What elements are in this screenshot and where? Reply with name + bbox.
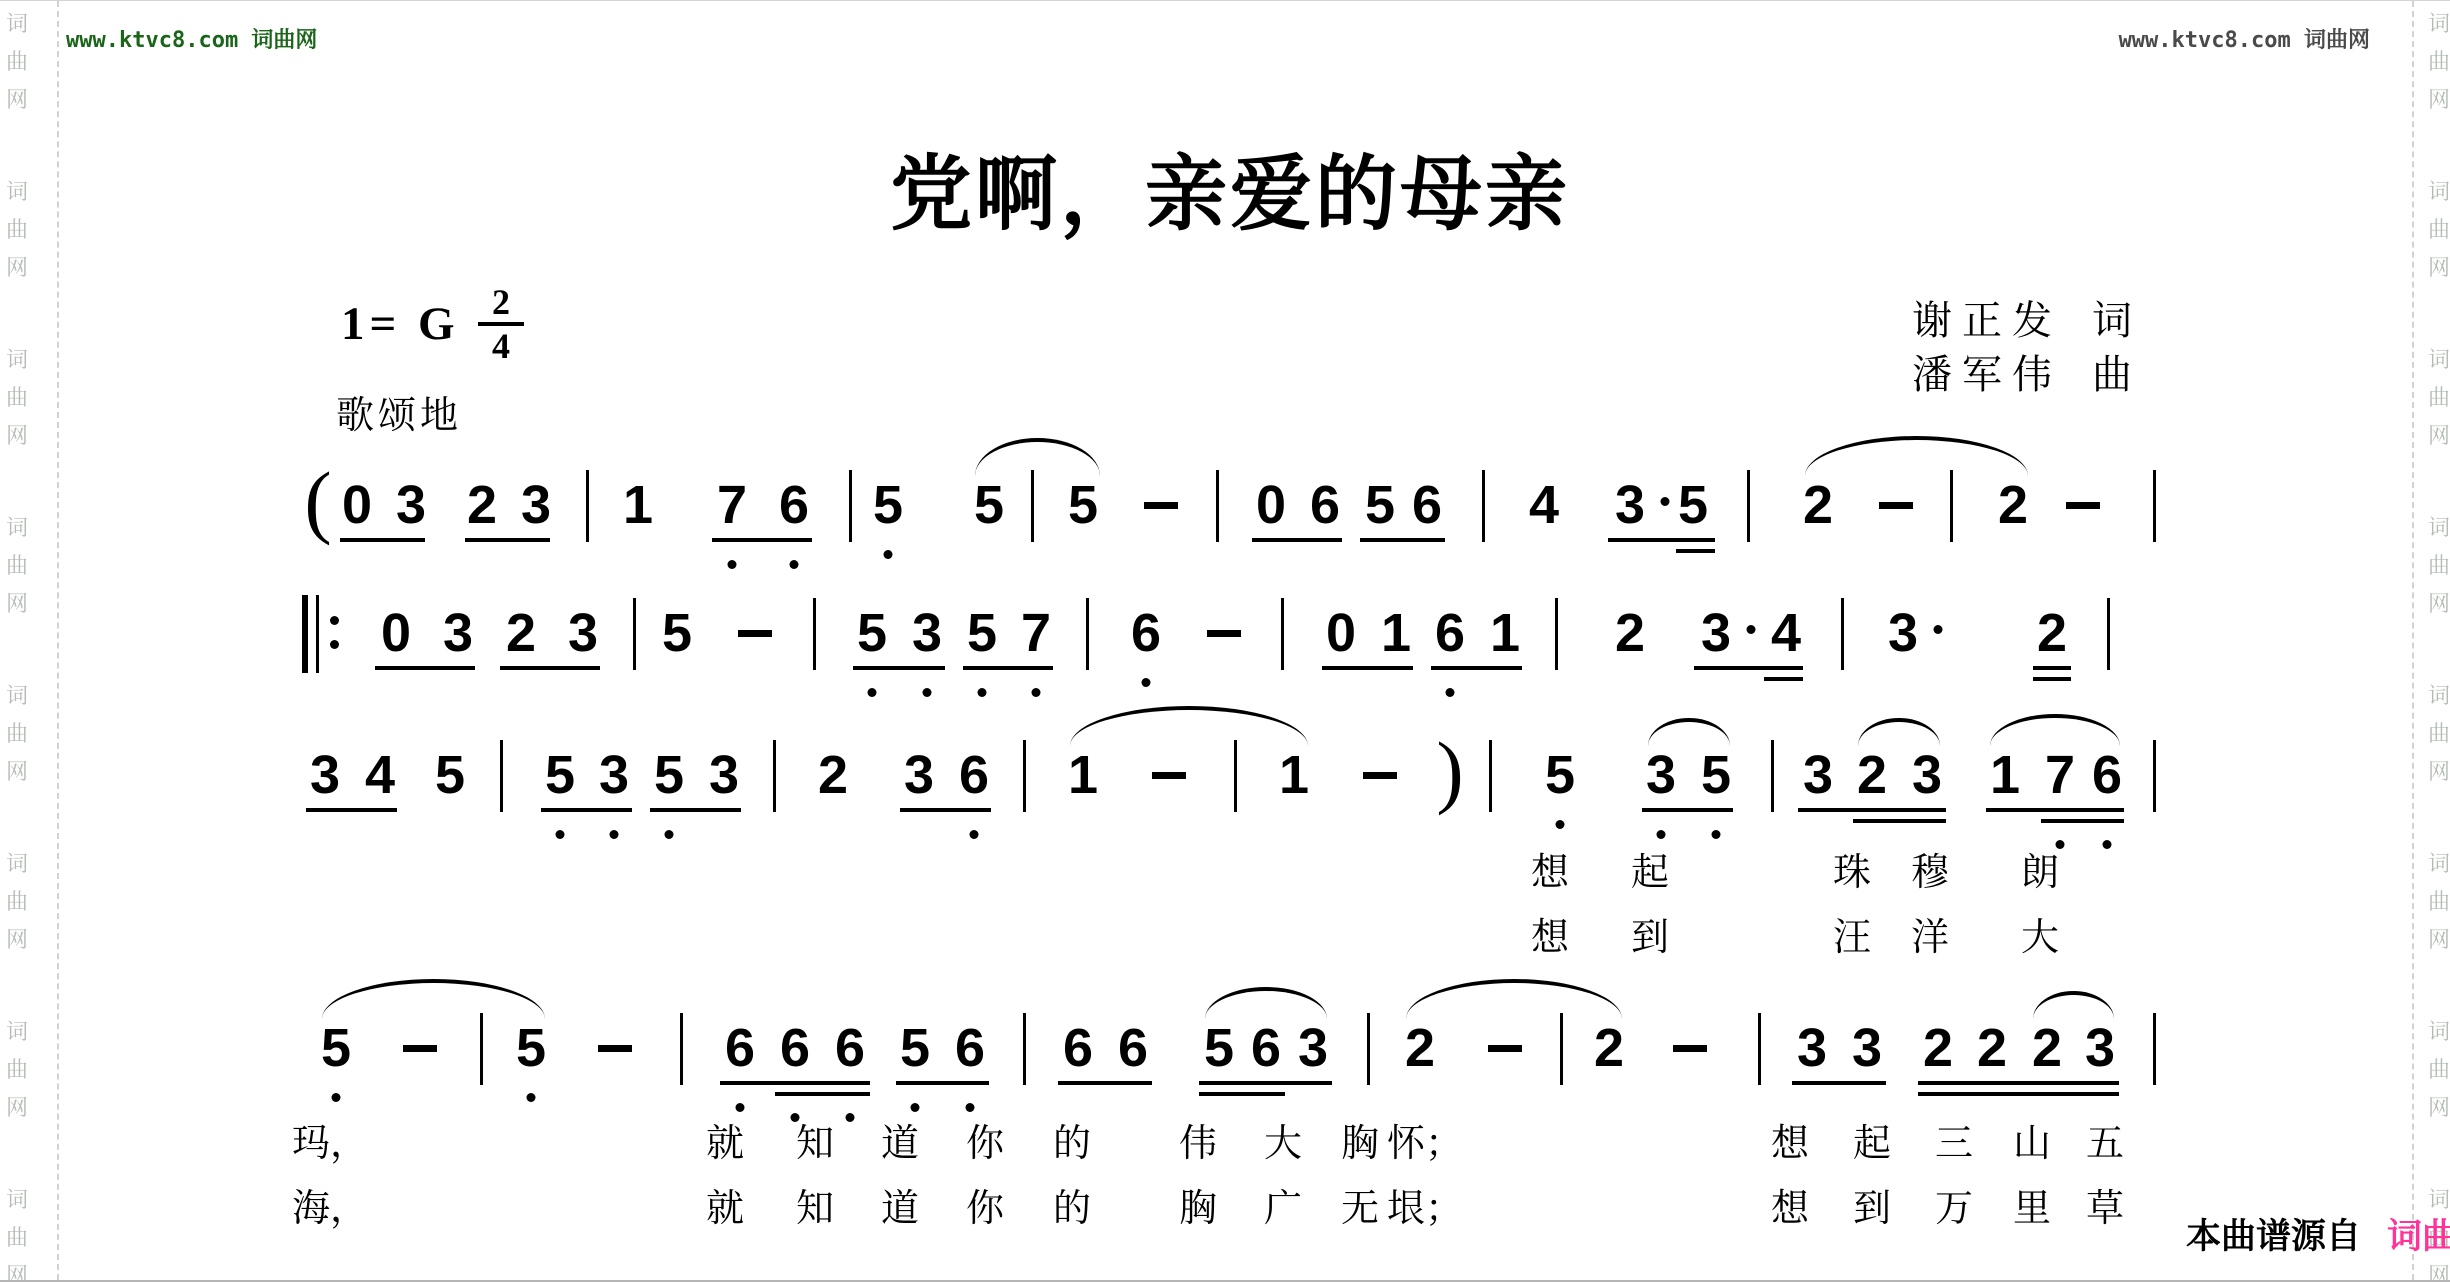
repeat-barline (302, 595, 308, 673)
edge-watermark-char: 网 (2424, 419, 2450, 450)
note-digit: 3 (1912, 748, 1942, 802)
site-watermark-top-right: www.ktvc8.com 词曲网 (2119, 23, 2370, 54)
lyric-char: 你 (966, 1177, 1004, 1232)
duration-dash (1144, 502, 1178, 509)
edge-watermark-char: 曲 (2, 381, 32, 412)
lyric-char: 道 (881, 1112, 919, 1167)
note-digit: 7 (2045, 748, 2075, 802)
left-dashed-line (57, 1, 59, 1280)
edge-watermark-char: 词 (2424, 847, 2450, 878)
low-octave-dot (556, 830, 565, 839)
note-digit: 2 (1977, 1021, 2007, 1075)
duration-dash (738, 630, 772, 637)
beam-underline (650, 808, 741, 812)
sheet-music-page: 词曲网词曲网词曲网词曲网词曲网词曲网词曲网词曲网 词曲网词曲网词曲网词曲网词曲网… (0, 0, 2450, 1282)
low-octave-dot (2103, 840, 2112, 849)
note-digit: 2 (467, 478, 497, 532)
barline (1023, 740, 1026, 812)
note-digit: 3 (521, 478, 551, 532)
note-digit: 2 (1803, 478, 1833, 532)
lyric-char: 想 (1771, 1112, 1809, 1167)
beam-underline (2033, 677, 2071, 681)
bottom-credit-prefix: 本曲谱源自 (2186, 1217, 2361, 1256)
beam-underline (1798, 808, 1946, 812)
song-title: 党啊，亲爱的母亲 (890, 129, 1570, 246)
note-digit: 3 (1803, 748, 1833, 802)
edge-watermark-char: 词 (2, 511, 32, 542)
note-digit: 6 (1412, 478, 1442, 532)
note-digit: 5 (1678, 478, 1708, 532)
edge-watermark-char: 曲 (2, 885, 32, 916)
low-octave-dot (884, 550, 893, 559)
edge-watermark-char: 词 (2, 1015, 32, 1046)
note-digit: 2 (1405, 1021, 1435, 1075)
low-octave-dot (665, 830, 674, 839)
note-digit: 6 (835, 1021, 865, 1075)
low-octave-dot (923, 688, 932, 697)
key-signature: 1= G (341, 297, 460, 351)
note-digit: 2 (1857, 748, 1887, 802)
note-digit: 5 (857, 606, 887, 660)
barline (1758, 1013, 1761, 1085)
time-signature: 2 4 (478, 284, 524, 364)
edge-watermark-char: 词 (2424, 511, 2450, 542)
slur-tie-arc (1205, 987, 1327, 1019)
beam-underline (465, 538, 550, 542)
barline (849, 470, 852, 542)
slur-tie-arc (1990, 714, 2120, 746)
barline (1560, 1013, 1563, 1085)
beam-underline (1608, 538, 1715, 542)
note-digit: 3 (2085, 1021, 2115, 1075)
lyricist-name: 谢正发 (1912, 289, 2062, 346)
duration-dash (1673, 1045, 1707, 1052)
edge-watermark-char: 网 (2, 755, 32, 786)
lyric-char: 大 (1264, 1112, 1302, 1167)
edge-watermark-char: 网 (2, 419, 32, 450)
left-edge-watermark-column: 词曲网词曲网词曲网词曲网词曲网词曲网词曲网词曲网 (2, 1, 32, 1280)
note-digit: 0 (1326, 606, 1356, 660)
low-octave-dot (728, 560, 737, 569)
low-octave-dot (978, 688, 987, 697)
note-digit: 6 (725, 1021, 755, 1075)
barline (2107, 598, 2110, 670)
note-digit: 0 (342, 478, 372, 532)
lyric-char: 的 (1053, 1177, 1091, 1232)
barline (1771, 740, 1774, 812)
note-digit: 2 (818, 748, 848, 802)
time-signature-numerator: 2 (478, 284, 524, 320)
note-digit: 5 (1068, 478, 1098, 532)
note-digit: 5 (435, 748, 465, 802)
note-digit: 4 (365, 748, 395, 802)
lyric-char: 广 (1264, 1177, 1302, 1232)
edge-watermark-char: 曲 (2424, 1053, 2450, 1084)
beam-underline (1252, 538, 1342, 542)
low-octave-dot (736, 1103, 745, 1112)
barline (1234, 740, 1237, 812)
beam-underline (1431, 666, 1522, 670)
note-digit: 0 (1256, 478, 1286, 532)
low-octave-dot (1142, 678, 1151, 687)
edge-watermark-char: 词 (2424, 175, 2450, 206)
slur-tie-arc (2033, 991, 2114, 1019)
lyric-char: 穆 (1911, 841, 1949, 896)
barline (1086, 598, 1089, 670)
bottom-credit: 本曲谱源自词曲网 (2186, 1209, 2450, 1259)
edge-watermark-char: 词 (2424, 7, 2450, 38)
barline (680, 1013, 683, 1085)
barline (773, 740, 776, 812)
note-digit: 5 (654, 748, 684, 802)
beam-underline (712, 538, 812, 542)
lyric-char: 到 (1853, 1177, 1891, 1232)
low-octave-dot (970, 830, 979, 839)
edge-watermark-char: 网 (2, 587, 32, 618)
beam-underline (1642, 808, 1733, 812)
beam-underline (2033, 666, 2071, 670)
barline (1482, 470, 1485, 542)
slur-tie-arc (1858, 718, 1940, 746)
note-digit: 1 (1490, 606, 1520, 660)
lyric-char: 起 (1853, 1112, 1891, 1167)
note-digit: 5 (662, 606, 692, 660)
lyric-char: 知 (796, 1112, 834, 1167)
edge-watermark-char: 网 (2, 1091, 32, 1122)
repeat-dot (330, 640, 339, 649)
note-digit: 6 (1063, 1021, 1093, 1075)
lyric-char: 朗 (2021, 841, 2059, 896)
low-octave-dot (527, 1093, 536, 1102)
parenthesis: ) (1436, 730, 1463, 812)
barline (633, 598, 636, 670)
lyric-char: 胸 (1341, 1112, 1379, 1167)
note-digit: 1 (1068, 748, 1098, 802)
low-octave-dot (1032, 688, 1041, 697)
low-octave-dot (1657, 830, 1666, 839)
barline (1216, 470, 1219, 542)
beam-underline (1676, 549, 1715, 553)
note-digit: 3 (1646, 748, 1676, 802)
dot-after-note (1747, 625, 1756, 634)
low-octave-dot (1712, 830, 1721, 839)
note-digit: 6 (1251, 1021, 1281, 1075)
barline (586, 470, 589, 542)
edge-watermark-char: 词 (2424, 343, 2450, 374)
edge-watermark-char: 网 (2424, 83, 2450, 114)
beam-underline (775, 1092, 870, 1096)
slur-tie-arc (975, 438, 1100, 476)
lyric-char: 珠 (1833, 841, 1871, 896)
note-digit: 2 (1615, 606, 1645, 660)
note-digit: 5 (873, 478, 903, 532)
edge-watermark-char: 词 (2, 343, 32, 374)
edge-watermark-char: 网 (2424, 755, 2450, 786)
note-digit: 1 (1279, 748, 1309, 802)
beam-underline (1764, 677, 1803, 681)
duration-dash (1207, 630, 1241, 637)
lyric-char: 五 (2086, 1112, 2124, 1167)
note-digit: 1 (623, 478, 653, 532)
lyric-char: 万 (1935, 1177, 1973, 1232)
note-digit: 4 (1771, 606, 1801, 660)
edge-watermark-char: 网 (2424, 251, 2450, 282)
note-digit: 6 (2092, 748, 2122, 802)
note-digit: 1 (1990, 748, 2020, 802)
edge-watermark-char: 曲 (2, 717, 32, 748)
low-octave-dot (1556, 820, 1565, 829)
lyric-char: 就 (706, 1112, 744, 1167)
time-signature-denominator: 4 (478, 328, 524, 364)
note-digit: 6 (1310, 478, 1340, 532)
lyric-char: 的 (1053, 1112, 1091, 1167)
note-digit: 3 (396, 478, 426, 532)
right-dashed-line (2412, 1, 2414, 1280)
barline (500, 740, 503, 812)
edge-watermark-char: 曲 (2, 213, 32, 244)
edge-watermark-char: 词 (2, 679, 32, 710)
duration-dash (1488, 1045, 1522, 1052)
site-watermark-top-left: www.ktvc8.com 词曲网 (66, 23, 317, 54)
note-digit: 3 (310, 748, 340, 802)
repeat-barline (316, 595, 319, 673)
low-octave-dot (966, 1103, 975, 1112)
duration-dash (2066, 502, 2100, 509)
note-digit: 3 (904, 748, 934, 802)
low-octave-dot (868, 688, 877, 697)
note-digit: 5 (545, 748, 575, 802)
beam-underline (500, 666, 600, 670)
edge-watermark-char: 网 (2424, 587, 2450, 618)
note-digit: 3 (443, 606, 473, 660)
lyric-char: 起 (1631, 841, 1669, 896)
note-digit: 3 (1701, 606, 1731, 660)
lyric-char: 无 (1341, 1177, 1379, 1232)
beam-underline (1322, 666, 1413, 670)
note-digit: 6 (1131, 606, 1161, 660)
lyric-char: 洋 (1911, 906, 1949, 961)
barline (1031, 470, 1034, 542)
lyric-char: 到 (1631, 906, 1669, 961)
edge-watermark-char: 网 (2, 251, 32, 282)
note-digit: 5 (1701, 748, 1731, 802)
lyric-char: 你 (966, 1112, 1004, 1167)
slur-tie-arc (1070, 706, 1308, 746)
duration-dash (1363, 772, 1397, 779)
note-digit: 3 (709, 748, 739, 802)
lyric-char: 垠； (1387, 1177, 1463, 1232)
note-digit: 5 (1365, 478, 1395, 532)
low-octave-dot (1446, 688, 1455, 697)
edge-watermark-char: 曲 (2424, 549, 2450, 580)
composer-role: 曲 (2092, 343, 2142, 400)
barline (813, 598, 816, 670)
edge-watermark-char: 网 (2424, 1091, 2450, 1122)
note-digit: 6 (955, 1021, 985, 1075)
edge-watermark-char: 曲 (2424, 213, 2450, 244)
lyric-char: 海， (292, 1177, 368, 1232)
lyric-char: 想 (1531, 841, 1569, 896)
note-digit: 3 (912, 606, 942, 660)
beam-underline (720, 1081, 870, 1085)
note-digit: 7 (1021, 606, 1051, 660)
beam-underline (306, 808, 397, 812)
lyric-char: 三 (1935, 1112, 1973, 1167)
edge-watermark-char: 曲 (2424, 717, 2450, 748)
beam-underline (1792, 1081, 1886, 1085)
composer-name: 潘军伟 (1912, 343, 2062, 400)
lyric-char: 伟 (1179, 1112, 1217, 1167)
duration-dash (1152, 772, 1186, 779)
barline (2153, 470, 2156, 542)
edge-watermark-char: 网 (2, 83, 32, 114)
slur-tie-arc (1406, 979, 1622, 1019)
duration-dash (598, 1045, 632, 1052)
barline (1367, 1013, 1370, 1085)
barline (1281, 598, 1284, 670)
lyric-char: 怀； (1387, 1112, 1463, 1167)
duration-dash (403, 1045, 437, 1052)
low-octave-dot (911, 1103, 920, 1112)
lyric-char: 玛， (292, 1112, 368, 1167)
beam-underline (1199, 1081, 1332, 1085)
edge-watermark-char: 曲 (2, 549, 32, 580)
barline (1841, 598, 1844, 670)
beam-underline (340, 538, 425, 542)
barline (1023, 1013, 1026, 1085)
note-digit: 6 (779, 478, 809, 532)
edge-watermark-char: 词 (2424, 679, 2450, 710)
note-digit: 3 (1298, 1021, 1328, 1075)
barline (2153, 1013, 2156, 1085)
note-digit: 3 (1797, 1021, 1827, 1075)
low-octave-dot (790, 560, 799, 569)
note-digit: 2 (1998, 478, 2028, 532)
beam-underline (1918, 1092, 2119, 1096)
dot-after-note (1661, 497, 1670, 506)
note-digit: 0 (381, 606, 411, 660)
note-digit: 2 (1594, 1021, 1624, 1075)
slur-tie-arc (322, 979, 545, 1019)
beam-underline (1986, 808, 2124, 812)
note-digit: 6 (1435, 606, 1465, 660)
edge-watermark-char: 曲 (2424, 381, 2450, 412)
beam-underline (1199, 1092, 1285, 1096)
edge-watermark-char: 网 (2, 923, 32, 954)
note-digit: 7 (717, 478, 747, 532)
note-digit: 3 (1615, 478, 1645, 532)
beam-underline (853, 666, 945, 670)
lyric-char: 草 (2086, 1177, 2124, 1232)
note-digit: 4 (1529, 478, 1559, 532)
duration-dash (1879, 502, 1913, 509)
edge-watermark-char: 词 (2, 847, 32, 878)
note-digit: 2 (2032, 1021, 2062, 1075)
slur-tie-arc (1805, 436, 2028, 476)
note-digit: 1 (1381, 606, 1411, 660)
note-digit: 5 (1204, 1021, 1234, 1075)
lyricist-role: 词 (2092, 289, 2142, 346)
note-digit: 5 (967, 606, 997, 660)
dot-after-note (1934, 625, 1943, 634)
edge-watermark-char: 曲 (2, 1053, 32, 1084)
note-digit: 3 (1888, 606, 1918, 660)
edge-watermark-char: 词 (2, 175, 32, 206)
note-digit: 2 (2037, 606, 2067, 660)
note-digit: 3 (568, 606, 598, 660)
lyric-char: 里 (2013, 1177, 2051, 1232)
note-digit: 6 (1118, 1021, 1148, 1075)
note-digit: 3 (599, 748, 629, 802)
beam-underline (2041, 819, 2124, 823)
edge-watermark-char: 曲 (2, 45, 32, 76)
beam-underline (1694, 666, 1803, 670)
beam-underline (896, 1081, 989, 1085)
edge-watermark-char: 词 (2, 1183, 32, 1214)
note-digit: 5 (516, 1021, 546, 1075)
beam-underline (1853, 819, 1946, 823)
bottom-credit-brand: 词曲网 (2387, 1217, 2450, 1256)
slur-tie-arc (1648, 718, 1730, 746)
repeat-dot (330, 616, 339, 625)
lyric-char: 想 (1771, 1177, 1809, 1232)
beam-underline (541, 808, 632, 812)
beam-underline (900, 808, 991, 812)
edge-watermark-char: 曲 (2424, 45, 2450, 76)
edge-watermark-char: 曲 (2, 1221, 32, 1252)
barline (480, 1013, 483, 1085)
note-digit: 6 (959, 748, 989, 802)
beam-underline (1058, 1081, 1152, 1085)
lyric-char: 大 (2021, 906, 2059, 961)
beam-underline (375, 666, 475, 670)
edge-watermark-char: 词 (2424, 1015, 2450, 1046)
lyric-char: 汪 (1833, 906, 1871, 961)
parenthesis: ( (304, 460, 331, 542)
lyric-char: 道 (881, 1177, 919, 1232)
note-digit: 2 (506, 606, 536, 660)
right-edge-watermark-column: 词曲网词曲网词曲网词曲网词曲网词曲网词曲网词曲网 (2424, 1, 2450, 1280)
note-digit: 5 (900, 1021, 930, 1075)
edge-watermark-char: 词 (2, 7, 32, 38)
note-digit: 6 (780, 1021, 810, 1075)
note-digit: 5 (1545, 748, 1575, 802)
barline (1555, 598, 1558, 670)
note-digit: 5 (321, 1021, 351, 1075)
barline (2153, 740, 2156, 812)
beam-underline (963, 666, 1053, 670)
expression-marking: 歌颂地 (336, 384, 462, 439)
low-octave-dot (610, 830, 619, 839)
lyric-char: 胸 (1179, 1177, 1217, 1232)
lyric-char: 山 (2013, 1112, 2051, 1167)
lyric-char: 想 (1531, 906, 1569, 961)
lyric-char: 知 (796, 1177, 834, 1232)
barline (1489, 740, 1492, 812)
edge-watermark-char: 网 (2424, 923, 2450, 954)
note-digit: 3 (1852, 1021, 1882, 1075)
beam-underline (1918, 1081, 2119, 1085)
barline (1950, 470, 1953, 542)
edge-watermark-char: 曲 (2424, 885, 2450, 916)
barline (1747, 470, 1750, 542)
low-octave-dot (332, 1093, 341, 1102)
low-octave-dot (846, 1113, 855, 1122)
beam-underline (1360, 538, 1445, 542)
note-digit: 5 (974, 478, 1004, 532)
lyric-char: 就 (706, 1177, 744, 1232)
note-digit: 2 (1923, 1021, 1953, 1075)
